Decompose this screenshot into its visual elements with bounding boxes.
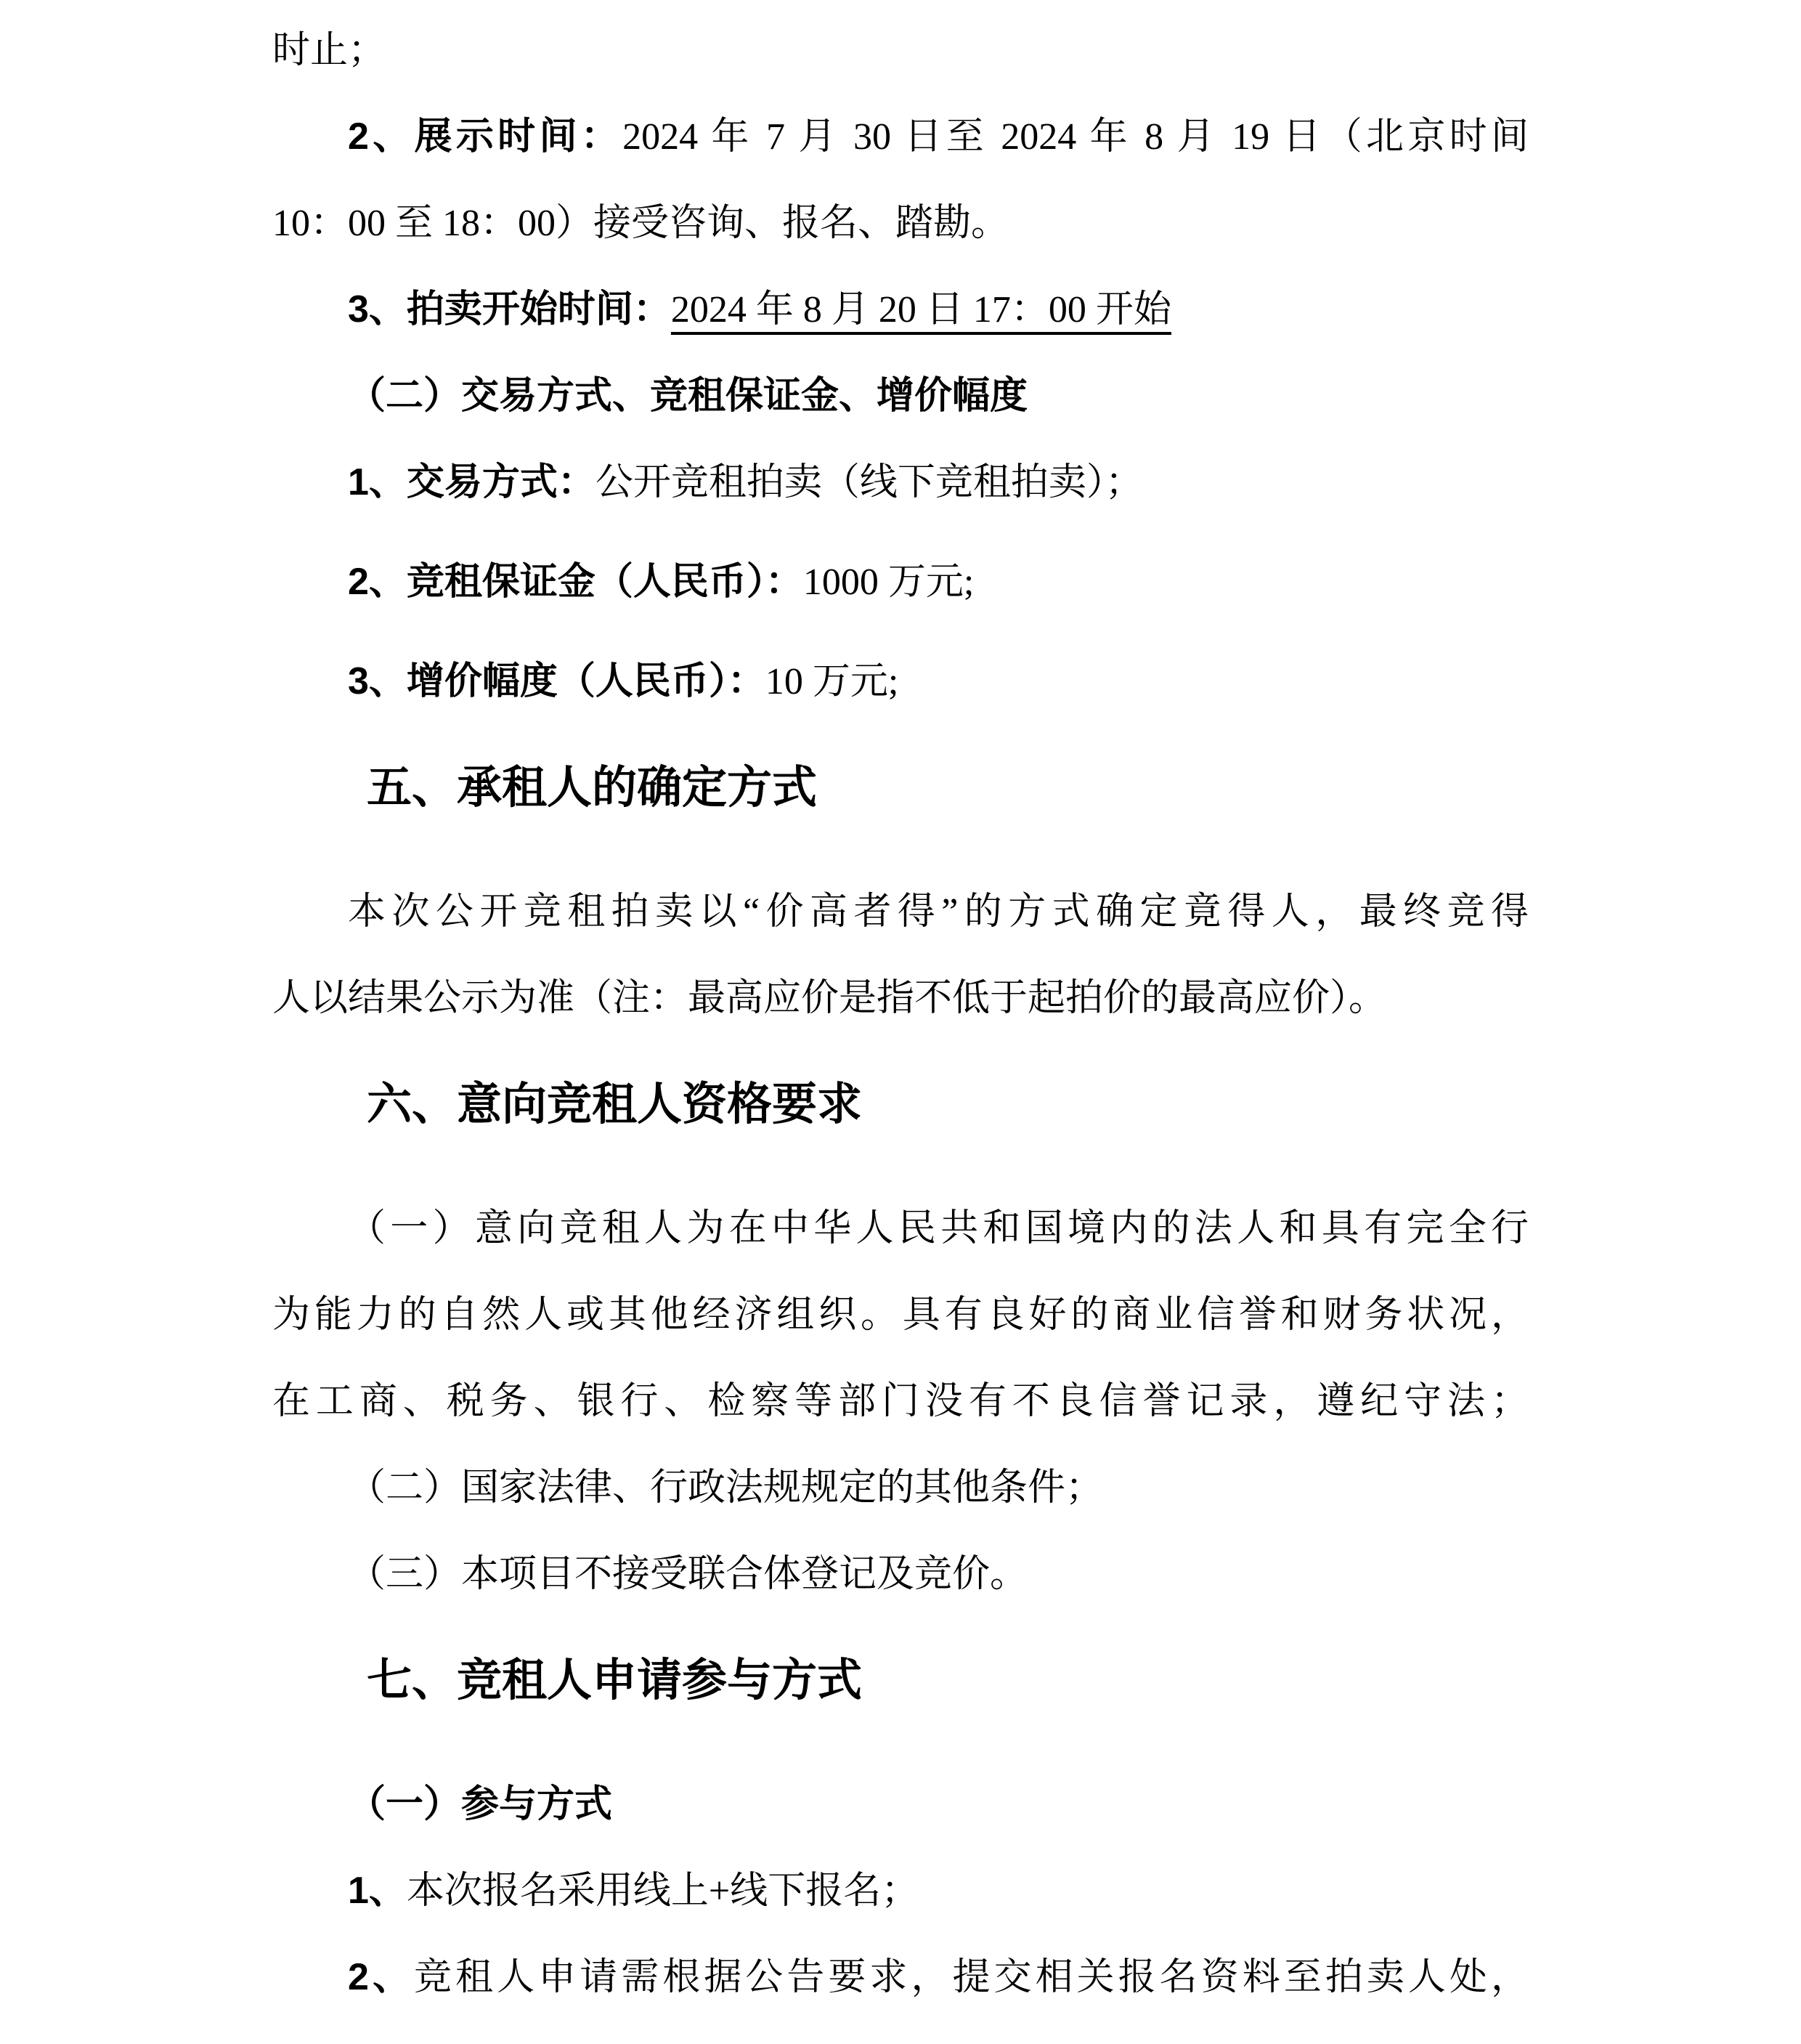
item-registration-channels-number: 1、: [348, 1870, 407, 1912]
line-clause-end: 时止；: [272, 7, 1529, 94]
item-registration-materials-text: 竞租人申请需根据公告要求，提交相关报名资料至拍卖人处，: [414, 1957, 1529, 1998]
text-run: 为能力的自然人或其他经济组织。具有良好的商业信誉和财务状况，: [272, 1294, 1529, 1336]
item-bid-deposit-label: 2、竞租保证金（人民币）：: [348, 561, 803, 603]
item-transaction-method: 1、交易方式：公开竞租拍卖（线下竞租拍卖）；: [272, 439, 1529, 526]
item-bid-deposit: 2、竞租保证金（人民币）：1000 万元;: [272, 539, 1529, 625]
item-no-consortium: （三）本项目不接受联合体登记及竞价。: [272, 1531, 1529, 1618]
subheading-transaction-terms: （二）交易方式、竞租保证金、增价幅度: [272, 353, 1529, 439]
item-price-increment-label: 3、增价幅度（人民币）：: [348, 660, 765, 702]
para-determination-line-2: 人以结果公示为准（注：最高应价是指不低于起拍价的最高应价）。: [272, 955, 1529, 1042]
text-run: （一）意向竞租人为在中华人民共和国境内的法人和具有完全行: [348, 1208, 1529, 1249]
subheading-participation-method-text: （一）参与方式: [348, 1783, 612, 1825]
text-run: 时止；: [272, 30, 386, 71]
item-display-time-value: 2024 年 7 月 30 日至 2024 年 8 月 19 日（北京时间: [622, 116, 1529, 158]
text-run: 在工商、税务、银行、检察等部门没有不良信誉记录，遵纪守法；: [272, 1381, 1529, 1422]
item-display-time-label: 2、展示时间：: [348, 115, 622, 158]
item-display-time-continued: 10：00 至 18：00）接受咨询、报名、踏勘。: [272, 180, 1529, 267]
para-determination-line-1: 本次公开竞租拍卖以“价高者得”的方式确定竟得人，最终竞得: [272, 869, 1529, 955]
text-run: 人以结果公示为准（注：最高应价是指不低于起拍价的最高应价）。: [272, 978, 1386, 1019]
para-qualification-line-3: 在工商、税务、银行、检察等部门没有不良信誉记录，遵纪守法；: [272, 1358, 1529, 1445]
item-registration-materials-number: 2、: [348, 1956, 414, 1998]
text-run: （二）国家法律、行政法规规定的其他条件；: [348, 1467, 1103, 1509]
text-run: 本次公开竞租拍卖以“价高者得”的方式确定竟得人，最终竞得: [348, 891, 1529, 933]
heading-section-7-participation-method: 七、竞租人申请参与方式: [272, 1648, 1529, 1714]
document-page: 时止； 2、展示时间：2024 年 7 月 30 日至 2024 年 8 月 1…: [0, 0, 1801, 2044]
item-transaction-method-label: 1、交易方式：: [348, 461, 595, 503]
text-run: （三）本项目不接受联合体登记及竞价。: [348, 1554, 1028, 1595]
item-registration-channels: 1、本次报名采用线上+线下报名；: [272, 1848, 1529, 1934]
item-transaction-method-value: 公开竞租拍卖（线下竞租拍卖）；: [595, 462, 1143, 503]
item-auction-start-time-label: 3、拍卖开始时间：: [348, 288, 671, 330]
item-registration-materials: 2、竞租人申请需根据公告要求，提交相关报名资料至拍卖人处，: [272, 1934, 1529, 2021]
item-price-increment-value: 10 万元;: [765, 661, 898, 702]
item-auction-start-time: 3、拍卖开始时间：2024 年 8 月 20 日 17：00 开始: [272, 267, 1529, 353]
heading-section-5-lessee-determination: 五、承租人的确定方式: [272, 755, 1529, 821]
text-run: 10：00 至 18：00）接受咨询、报名、踏勘。: [272, 203, 1009, 244]
item-registration-channels-text: 本次报名采用线上+线下报名；: [407, 1870, 919, 1912]
subheading-participation-method: （一）参与方式: [272, 1761, 1529, 1848]
item-bid-deposit-value: 1000 万元;: [803, 561, 974, 603]
para-qualification-line-1: （一）意向竞租人为在中华人民共和国境内的法人和具有完全行: [272, 1185, 1529, 1272]
para-qualification-line-2: 为能力的自然人或其他经济组织。具有良好的商业信誉和财务状况，: [272, 1272, 1529, 1358]
item-price-increment: 3、增价幅度（人民币）：10 万元;: [272, 638, 1529, 725]
item-auction-start-time-value-underlined: 2024 年 8 月 20 日 17：00 开始: [671, 289, 1171, 330]
heading-section-6-bidder-qualifications: 六、意向竞租人资格要求: [272, 1072, 1529, 1137]
item-display-time: 2、展示时间：2024 年 7 月 30 日至 2024 年 8 月 19 日（…: [272, 94, 1529, 180]
subheading-transaction-terms-text: （二）交易方式、竞租保证金、增价幅度: [348, 375, 1028, 417]
item-other-legal-conditions: （二）国家法律、行政法规规定的其他条件；: [272, 1445, 1529, 1531]
